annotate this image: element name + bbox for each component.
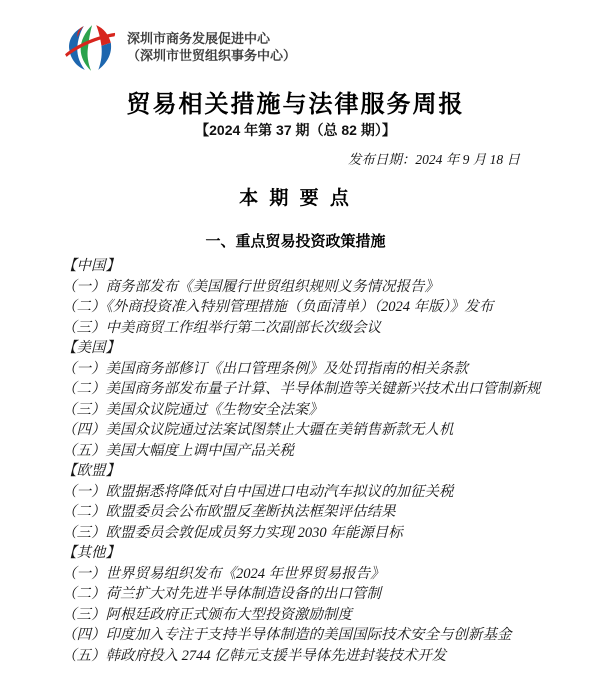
org-name-line1: 深圳市商务发展促进中心 <box>127 30 296 47</box>
issue-number: 【2024 年第 37 期（总 82 期）】 <box>0 120 591 140</box>
list-item: （二）荷兰扩大对先进半导体制造设备的出口管制 <box>62 584 562 605</box>
org-name: 深圳市商务发展促进中心 （深圳市世贸组织事务中心） <box>127 30 296 64</box>
region-heading: 【欧盟】 <box>62 461 562 482</box>
document-page: 深圳市商务发展促进中心 （深圳市世贸组织事务中心） 贸易相关措施与法律服务周报 … <box>0 0 591 694</box>
list-item: （三）中美商贸工作组举行第二次副部长次级会议 <box>62 318 562 339</box>
list-item: （三）阿根廷政府正式颁布大型投资激励制度 <box>62 605 562 626</box>
list-item: （二）美国商务部发布量子计算、半导体制造等关键新兴技术出口管制新规 <box>62 379 562 400</box>
report-title: 贸易相关措施与法律服务周报 <box>0 84 591 119</box>
list-item: （一）欧盟据悉将降低对自中国进口电动汽车拟议的加征关税 <box>62 482 562 503</box>
highlights-list: 【中国】（一）商务部发布《美国履行世贸组织规则义务情况报告》（二）《外商投资准入… <box>62 256 562 666</box>
list-item: （一）商务部发布《美国履行世贸组织规则义务情况报告》 <box>62 277 562 298</box>
list-item: （三）欧盟委员会敦促成员努力实现 2030 年能源目标 <box>62 523 562 544</box>
list-item: （五）韩政府投入 2744 亿韩元支援半导体先进封装技术开发 <box>62 646 562 667</box>
list-item: （一）世界贸易组织发布《2024 年世界贸易报告》 <box>62 564 562 585</box>
list-item: （四）印度加入专注于支持半导体制造的美国国际技术安全与创新基金 <box>62 625 562 646</box>
publish-date: 发布日期：2024 年 9 月 18 日 <box>348 148 520 168</box>
org-name-line2: （深圳市世贸组织事务中心） <box>127 47 296 64</box>
list-item: （一）美国商务部修订《出口管理条例》及处罚指南的相关条款 <box>62 359 562 380</box>
list-item: （二）欧盟委员会公布欧盟反垄断执法框架评估结果 <box>62 502 562 523</box>
list-item: （二）《外商投资准入特别管理措施（负面清单）（2024 年版）》发布 <box>62 297 562 318</box>
org-logo-icon <box>64 22 116 74</box>
section-one-title: 一、重点贸易投资政策措施 <box>0 230 591 251</box>
region-heading: 【美国】 <box>62 338 562 359</box>
list-item: （三）美国众议院通过《生物安全法案》 <box>62 400 562 421</box>
region-heading: 【中国】 <box>62 256 562 277</box>
region-heading: 【其他】 <box>62 543 562 564</box>
list-item: （五）美国大幅度上调中国产品关税 <box>62 441 562 462</box>
list-item: （四）美国众议院通过法案试图禁止大疆在美销售新款无人机 <box>62 420 562 441</box>
highlights-heading: 本 期 要 点 <box>0 183 591 210</box>
